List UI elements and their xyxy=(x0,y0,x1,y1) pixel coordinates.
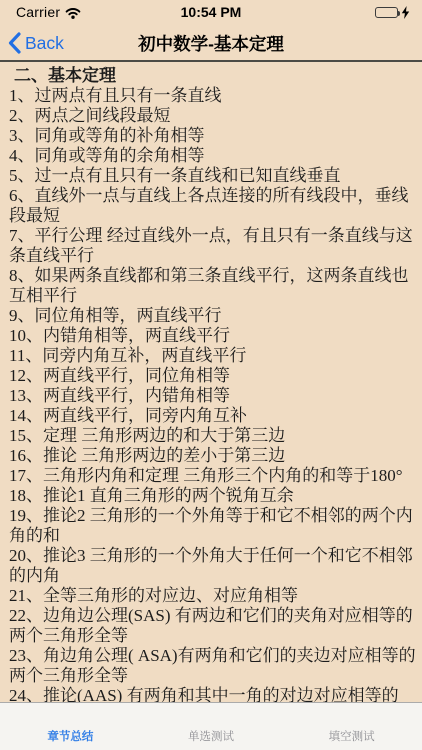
back-button-label: Back xyxy=(25,33,64,54)
theorem-items: 1、过两点有且只有一条直线2、两点之间线段最短3、同角或等角的补角相等4、同角或… xyxy=(9,86,417,702)
theorem-item: 23、角边角公理( ASA)有两角和它们的夹边对应相等的 两个三角形全等 xyxy=(9,646,417,686)
theorem-item: 4、同角或等角的余角相等 xyxy=(9,146,417,166)
theorem-item: 3、同角或等角的补角相等 xyxy=(9,126,417,146)
charging-bolt-icon xyxy=(401,6,410,19)
tab-fill-blank-test[interactable]: 填空测试 xyxy=(281,703,422,750)
theorem-item: 18、推论1 直角三角形的两个锐角互余 xyxy=(9,486,417,506)
theorem-item: 19、推论2 三角形的一个外角等于和它不相邻的两个内角的和 xyxy=(9,506,417,546)
theorem-list[interactable]: 二、基本定理 1、过两点有且只有一条直线2、两点之间线段最短3、同角或等角的补角… xyxy=(0,64,422,702)
theorem-item: 9、同位角相等，两直线平行 xyxy=(9,306,417,326)
theorem-item: 24、推论(AAS) 有两角和其中一角的对边对应相等的 xyxy=(9,686,417,702)
tab-single-choice-test[interactable]: 单选测试 xyxy=(141,703,282,750)
wifi-icon xyxy=(65,7,81,19)
theorem-item: 14、两直线平行，同旁内角互补 xyxy=(9,406,417,426)
theorem-item: 8、如果两条直线都和第三条直线平行，这两条直线也互相平行 xyxy=(9,266,417,306)
theorem-item: 15、定理 三角形两边的和大于第三边 xyxy=(9,426,417,446)
theorem-item: 11、同旁内角互补，两直线平行 xyxy=(9,346,417,366)
theorem-item: 1、过两点有且只有一条直线 xyxy=(9,86,417,106)
theorem-item: 17、三角形内角和定理 三角形三个内角的和等于180° xyxy=(9,466,417,486)
tab-chapter-summary[interactable]: 章节总结 xyxy=(0,703,141,750)
theorem-item: 16、推论 三角形两边的差小于第三边 xyxy=(9,446,417,466)
theorem-item: 22、边角边公理(SAS) 有两边和它们的夹角对应相等的两个三角形全等 xyxy=(9,606,417,646)
theorem-item: 7、平行公理 经过直线外一点，有且只有一条直线与这条直线平行 xyxy=(9,226,417,266)
section-heading: 二、基本定理 xyxy=(9,66,417,86)
theorem-item: 10、内错角相等，两直线平行 xyxy=(9,326,417,346)
nav-bar: Back 初中数学-基本定理 xyxy=(0,24,422,62)
battery-icon xyxy=(375,7,398,18)
theorem-item: 12、两直线平行，同位角相等 xyxy=(9,366,417,386)
theorem-item: 6、直线外一点与直线上各点连接的所有线段中，垂线段最短 xyxy=(9,186,417,226)
chevron-left-icon xyxy=(8,32,21,54)
status-bar: Carrier 10:54 PM xyxy=(0,0,422,24)
theorem-item: 20、推论3 三角形的一个外角大于任何一个和它不相邻的内角 xyxy=(9,546,417,586)
theorem-item: 2、两点之间线段最短 xyxy=(9,106,417,126)
carrier-label: Carrier xyxy=(16,4,60,20)
back-button[interactable]: Back xyxy=(8,24,64,62)
theorem-item: 13、两直线平行，内错角相等 xyxy=(9,386,417,406)
theorem-item: 5、过一点有且只有一条直线和已知直线垂直 xyxy=(9,166,417,186)
tab-bar: 章节总结 单选测试 填空测试 xyxy=(0,702,422,750)
theorem-item: 21、全等三角形的对应边、对应角相等 xyxy=(9,586,417,606)
